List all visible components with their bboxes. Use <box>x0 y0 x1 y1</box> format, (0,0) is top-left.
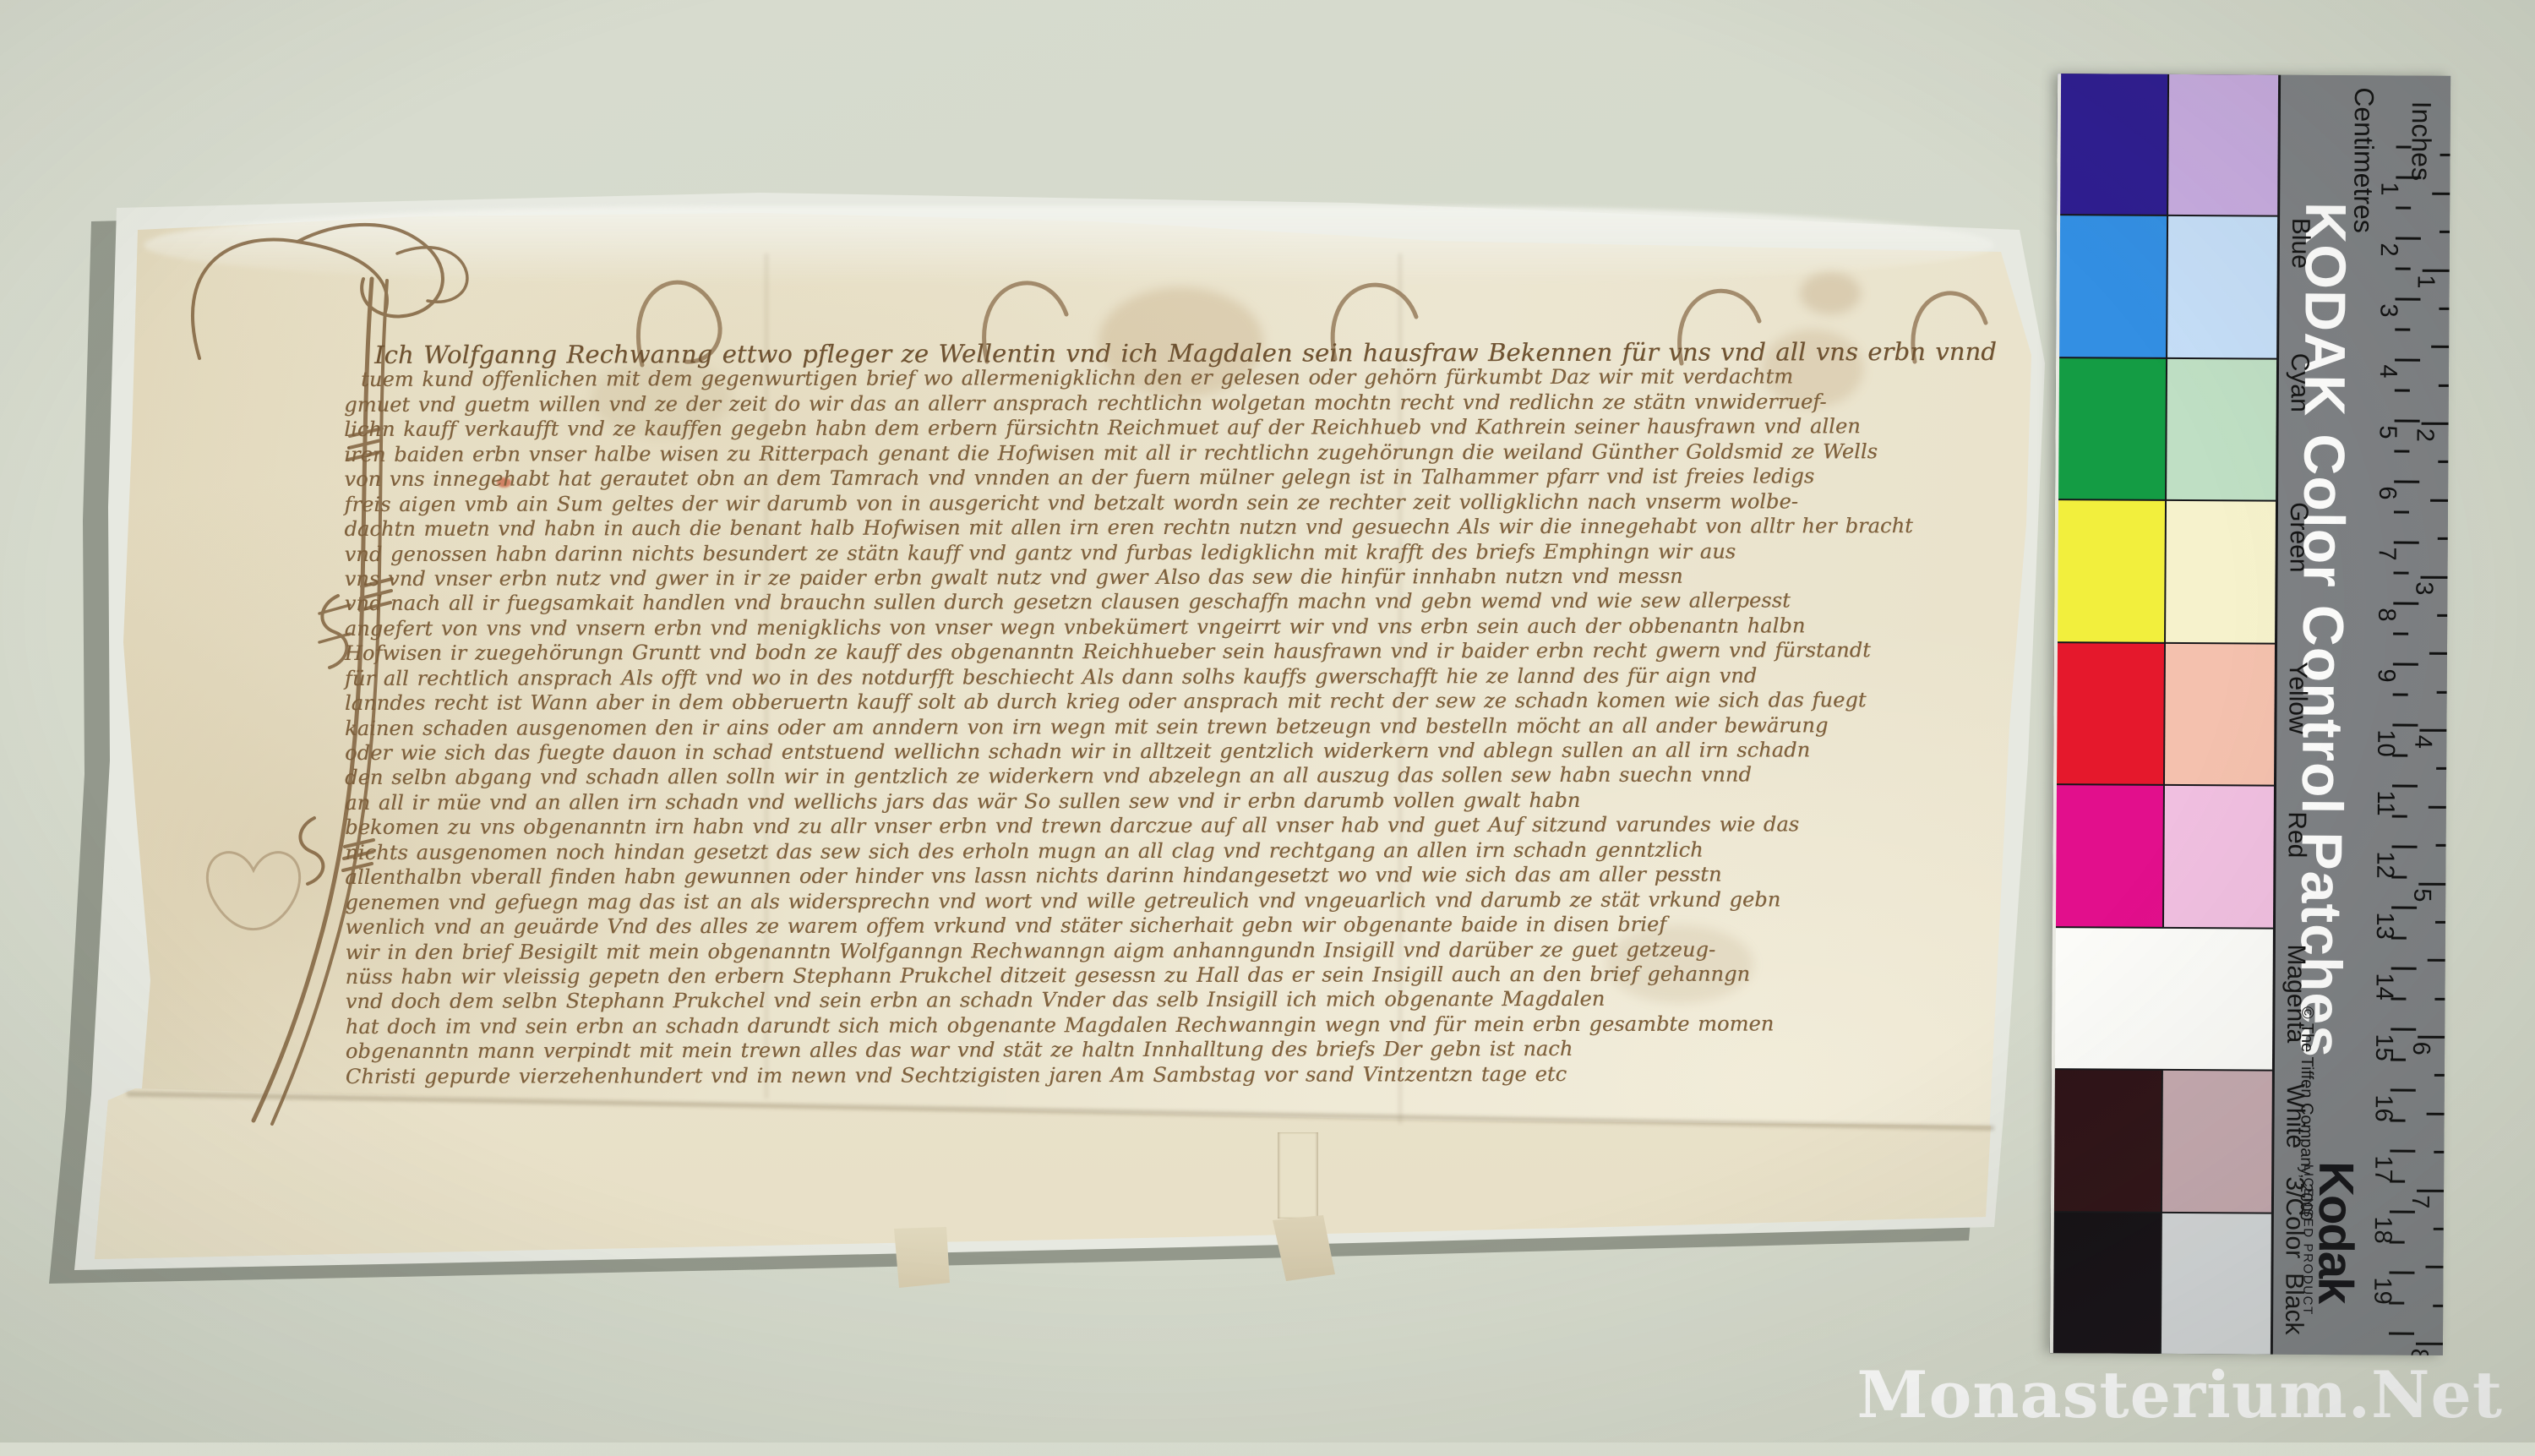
patch-labels: BlueCyanGreenYellowRedMagentaWhite3/Colo… <box>2443 76 2450 1355</box>
charter-line: vnd doch dem selbn Stephann Prukchel vnd… <box>346 986 1972 1014</box>
kodak-logo: Kodak <box>2307 1161 2364 1303</box>
cm-half-tick <box>2395 390 2410 392</box>
charter-line: kainen schaden ausgenomen den ir ains od… <box>345 713 1971 741</box>
patch-column-green <box>2055 358 2276 500</box>
cm-tick <box>2391 1028 2416 1031</box>
cm-half-tick <box>2394 511 2409 514</box>
charter-line: lichn kauff verkaufft vnd ze kauffen geg… <box>344 414 1971 442</box>
inch-number: 3 <box>2409 581 2437 595</box>
patch-light <box>2168 74 2278 215</box>
charter-line: allenthalbn vberall finden habn gewunnen… <box>345 862 1971 890</box>
patch-label-blue: Blue <box>2286 218 2314 269</box>
cm-half-tick <box>2396 207 2411 210</box>
cm-number: 7 <box>2373 547 2401 560</box>
charter-line: nichts ausgenomen noch hindan gesetzt da… <box>345 837 1971 865</box>
cm-tick <box>2395 298 2420 301</box>
cm-tick <box>2392 846 2418 848</box>
cm-number: 12 <box>2370 851 2398 878</box>
patch-label-3color: 3/Color <box>2280 1176 2309 1258</box>
charter-line: wir in den brief Besigilt mit mein obgen… <box>346 936 1972 964</box>
charter-line: Hofwisen ir zuegehörungn Gruntt vnd bodn… <box>345 638 1971 666</box>
inch-half-tick <box>2425 1266 2443 1268</box>
cm-half-tick <box>2396 146 2412 149</box>
charter-line: genemen vnd gefuegn mag das ist an als w… <box>345 887 1971 915</box>
cm-tick <box>2392 724 2418 727</box>
centimetres-label: Centimetres <box>2347 87 2380 233</box>
cm-tick <box>2390 1150 2415 1153</box>
charter-line: an all ir müe vnd an allen irn schadn vn… <box>345 788 1971 815</box>
patch-dark <box>2050 1213 2161 1354</box>
patch-full <box>2052 928 2273 1070</box>
cm-half-tick <box>2391 937 2407 940</box>
cm-number: 17 <box>2369 1155 2396 1182</box>
charter-line: iren baiden erbn vnser halbe wisen zu Ri… <box>344 439 1971 467</box>
inch-half-tick <box>2430 499 2448 502</box>
patch-column-black <box>2050 1213 2271 1355</box>
patch-dark <box>2056 216 2167 357</box>
patch-label-white: White <box>2280 1083 2309 1148</box>
cm-number: 5 <box>2373 425 2401 439</box>
cm-half-tick <box>2391 876 2407 879</box>
cm-number: 15 <box>2369 1033 2397 1061</box>
inch-quarter-tick <box>2434 997 2445 1000</box>
patch-dark <box>2053 643 2164 784</box>
cm-half-tick <box>2391 1059 2406 1061</box>
cm-tick <box>2391 1089 2416 1092</box>
inch-number: 8 <box>2405 1349 2433 1355</box>
cm-half-tick <box>2394 572 2409 575</box>
charter-line: von vns innegehabt hat gerautet obn an d… <box>344 464 1971 492</box>
patch-label-green: Green <box>2284 502 2314 573</box>
cm-half-tick <box>2391 1120 2406 1122</box>
inch-half-tick <box>2429 652 2447 655</box>
cm-tick <box>2389 1333 2414 1335</box>
cm-number: 1 <box>2374 182 2402 195</box>
charter-line: gmuet vnd guetm willen vnd ze der zeit d… <box>344 390 1971 417</box>
inch-quarter-tick <box>2434 1074 2445 1077</box>
patch-label-magenta: Magenta <box>2281 944 2310 1043</box>
patch-label-cyan: Cyan <box>2285 353 2314 412</box>
inch-quarter-tick <box>2440 154 2450 156</box>
patch-light <box>2162 1213 2271 1354</box>
cm-number: 6 <box>2373 486 2401 499</box>
inch-half-tick <box>2428 959 2445 962</box>
cm-tick <box>2396 237 2421 240</box>
cm-number: 16 <box>2369 1094 2397 1121</box>
cm-half-tick <box>2391 998 2406 1001</box>
cm-tick <box>2392 785 2418 788</box>
inch-number: 6 <box>2407 1042 2434 1055</box>
inch-quarter-tick <box>2433 1304 2443 1306</box>
inch-quarter-tick <box>2434 1228 2444 1230</box>
inch-tick <box>2422 423 2449 425</box>
cm-number: 3 <box>2374 303 2401 317</box>
patch-light <box>2164 786 2274 927</box>
inch-quarter-tick <box>2438 537 2448 540</box>
sealing-tab-slit <box>1278 1132 1318 1219</box>
inch-number: 5 <box>2407 888 2435 902</box>
cm-number: 19 <box>2368 1277 2396 1304</box>
cm-tick <box>2393 603 2418 605</box>
inch-number: 4 <box>2408 735 2436 749</box>
inch-quarter-tick <box>2437 614 2447 617</box>
charter-line: freis aigen vmb ain Sum geltes der wir d… <box>344 489 1971 517</box>
cm-tick <box>2394 542 2419 544</box>
cm-number: 8 <box>2372 608 2400 621</box>
patch-light <box>2166 501 2276 642</box>
patch-column-white <box>2052 928 2273 1070</box>
inch-half-tick <box>2429 806 2446 809</box>
cm-number: 4 <box>2374 364 2401 378</box>
cm-number: 11 <box>2371 790 2399 815</box>
patch-light <box>2167 359 2276 500</box>
inch-quarter-tick <box>2434 1151 2444 1153</box>
inch-half-tick <box>2431 346 2449 348</box>
cm-number: 18 <box>2369 1216 2396 1243</box>
charter-line: den selbn abgang vnd schadn allen solln … <box>345 762 1971 790</box>
charter-line: Christi gepurde vierzehenhundert vnd im … <box>346 1061 1972 1089</box>
inch-quarter-tick <box>2437 690 2447 693</box>
patch-label-yellow: Yellow <box>2282 662 2312 734</box>
patch-label-black: Black <box>2279 1273 2308 1335</box>
cm-tick <box>2394 481 2419 483</box>
cm-tick <box>2395 359 2420 362</box>
color-bar-ruler-band: KODAK Color Control Patches © The Tiffen… <box>2273 75 2450 1355</box>
charter-line: lanndes recht ist Wann aber in dem obber… <box>345 688 1971 716</box>
charter-line: bekomen zu vns obgenanntn irn habn vnd z… <box>345 812 1971 840</box>
cm-half-tick <box>2394 450 2409 453</box>
inch-tick <box>2420 575 2447 578</box>
patch-dark <box>2054 500 2165 641</box>
inch-tick <box>2423 269 2450 271</box>
charter-line: obgenanntn mann verpindt mit mein trewn … <box>346 1036 1972 1064</box>
cm-half-tick <box>2395 329 2410 331</box>
inch-half-tick <box>2432 193 2450 195</box>
inch-quarter-tick <box>2439 384 2449 386</box>
sealing-tab <box>894 1227 950 1288</box>
charter-line: hat doch im vnd sein erbn an schadn daru… <box>346 1012 1972 1039</box>
patch-column-red <box>2053 643 2275 785</box>
cm-number: 13 <box>2370 912 2398 939</box>
charter-line: vnd nach all ir fuegsamkait handlen vnd … <box>345 588 1971 616</box>
cm-tick <box>2390 1211 2415 1213</box>
patch-column-cyan <box>2056 216 2277 358</box>
patch-dark <box>2055 358 2166 499</box>
charter-line: vns vnd vnser erbn nutz vnd gwer in ir z… <box>345 564 1971 592</box>
charter-line: angefert von vns vnd vnsern erbn vnd men… <box>345 613 1971 641</box>
inch-number: 1 <box>2412 275 2440 288</box>
inch-tick <box>2418 882 2445 885</box>
cm-half-tick <box>2390 1241 2405 1244</box>
charter-line: wenlich vnd an geuärde Vnd des alles ze … <box>345 912 1971 940</box>
color-bar-columns <box>2050 74 2278 1355</box>
cm-half-tick <box>2396 268 2411 270</box>
patch-dark <box>2053 785 2163 926</box>
inch-quarter-tick <box>2440 231 2450 233</box>
photo-stage: Ich Wolfganng Rechwanng ettwo pfleger ze… <box>0 0 2535 1442</box>
inch-number: 2 <box>2410 428 2438 442</box>
inch-tick <box>2419 729 2446 732</box>
charter-line: nüss habn wir vleissig gepetn den erbern… <box>346 962 1972 990</box>
cm-number: 10 <box>2371 729 2399 756</box>
color-bar-title: KODAK Color Control Patches <box>2287 202 2358 1059</box>
patch-light <box>2165 644 2275 785</box>
cm-tick <box>2393 663 2418 666</box>
charter-line: oder wie sich das fuegte dauon in schad … <box>345 738 1971 766</box>
cm-number: 2 <box>2374 243 2402 256</box>
patch-label-red: Red <box>2281 811 2310 858</box>
inch-tick <box>2417 1189 2444 1192</box>
cm-half-tick <box>2393 633 2408 635</box>
patch-column-magenta <box>2053 785 2274 927</box>
charter-line: dachtn muetn vnd habn in auch die benant… <box>345 514 1971 542</box>
inch-tick <box>2418 1036 2445 1039</box>
charter-line: tuem kund offenlichen mit dem gegenwurti… <box>344 364 1971 392</box>
charter-text-block: Ich Wolfganng Rechwanng ettwo pfleger ze… <box>344 340 1972 1089</box>
inch-quarter-tick <box>2438 461 2448 463</box>
cm-half-tick <box>2393 694 2408 696</box>
patch-dark <box>2057 74 2167 215</box>
cm-half-tick <box>2392 815 2407 818</box>
cm-tick <box>2391 968 2417 970</box>
inch-quarter-tick <box>2436 767 2446 770</box>
cm-number: 9 <box>2372 668 2400 682</box>
patch-dark <box>2051 1070 2162 1211</box>
patch-column-blue <box>2057 74 2278 215</box>
cm-tick <box>2396 177 2421 179</box>
inch-half-tick <box>2427 1113 2445 1115</box>
kodak-color-control-strip: KODAK Color Control Patches © The Tiffen… <box>2050 74 2450 1355</box>
patch-light <box>2162 1071 2272 1212</box>
ruler-ticks: 1234567891011121314151617181912345678 <box>2443 76 2450 1355</box>
cm-tick <box>2395 420 2420 423</box>
cm-tick <box>2391 907 2417 909</box>
inch-tick <box>2416 1343 2443 1345</box>
inches-label: Inches <box>2405 101 2437 182</box>
charter-line: Ich Wolfganng Rechwanng ettwo pfleger ze… <box>344 340 1971 368</box>
inch-quarter-tick <box>2436 844 2446 847</box>
charter-line: vnd genossen habn darinn nichts besunder… <box>345 538 1971 566</box>
cm-half-tick <box>2392 755 2407 757</box>
watermark: Monasterium.Net <box>1856 1357 2503 1432</box>
cm-number: 14 <box>2369 973 2397 1000</box>
inch-quarter-tick <box>2435 921 2445 924</box>
cm-half-tick <box>2390 1181 2405 1183</box>
cm-tick <box>2389 1272 2414 1274</box>
patch-column-yellow <box>2054 500 2276 642</box>
cm-half-tick <box>2389 1302 2404 1305</box>
inch-quarter-tick <box>2439 308 2449 310</box>
charter-line: für all rechtlich ansprach Als offt vnd … <box>345 663 1971 691</box>
patch-light <box>2167 216 2277 357</box>
inch-number: 7 <box>2406 1195 2434 1208</box>
patch-column-3color <box>2051 1070 2272 1212</box>
